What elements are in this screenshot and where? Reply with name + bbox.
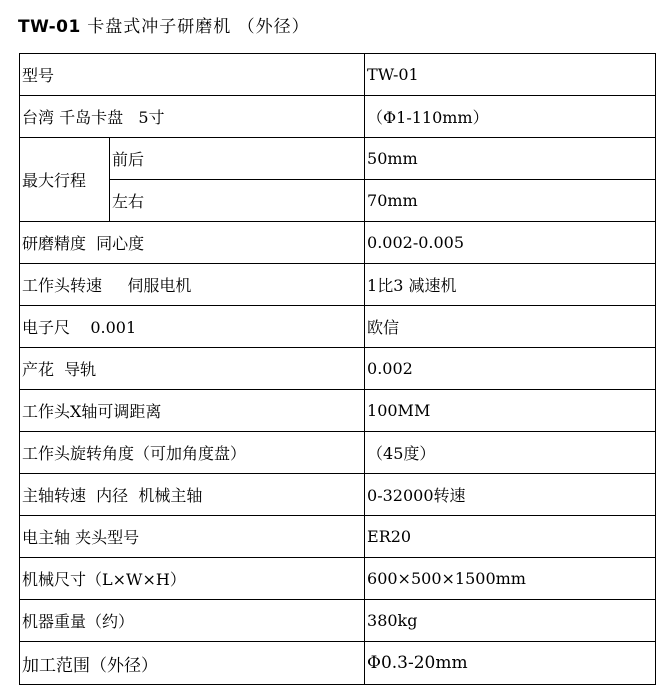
table-row: 型号 TW-01 <box>20 54 656 96</box>
spec-value: 0-32000转速 <box>365 474 656 516</box>
spec-value: 100MM <box>365 390 656 432</box>
table-row: 左右 70mm <box>20 180 656 222</box>
spec-value: 欧信 <box>365 306 656 348</box>
spec-sublabel: 左右 <box>110 180 365 222</box>
title-model: TW-01 <box>18 17 81 37</box>
spec-label: 型号 <box>20 54 365 96</box>
document-title: TW-01 卡盘式冲子研磨机 （外径） <box>18 12 310 37</box>
spec-label: 机器重量（约） <box>20 600 365 642</box>
table-row: 最大行程 前后 50mm <box>20 138 656 180</box>
spec-label: 主轴转速 内径 机械主轴 <box>20 474 365 516</box>
spec-label: 工作头旋转角度（可加角度盘） <box>20 432 365 474</box>
spec-value: （45度） <box>365 432 656 474</box>
table-row: 产花 导轨 0.002 <box>20 348 656 390</box>
table-row: 工作头转速 伺服电机 1比3 减速机 <box>20 264 656 306</box>
table-row: 台湾 千岛卡盘 5寸 （Φ1-110mm） <box>20 96 656 138</box>
spec-label: 工作头转速 伺服电机 <box>20 264 365 306</box>
table-row: 主轴转速 内径 机械主轴 0-32000转速 <box>20 474 656 516</box>
spec-label: 研磨精度 同心度 <box>20 222 365 264</box>
table-row: 工作头旋转角度（可加角度盘） （45度） <box>20 432 656 474</box>
spec-label: 电子尺 0.001 <box>20 306 365 348</box>
spec-table: 型号 TW-01 台湾 千岛卡盘 5寸 （Φ1-110mm） 最大行程 前后 5… <box>19 53 656 685</box>
spec-value: 380kg <box>365 600 656 642</box>
table-row: 机器重量（约） 380kg <box>20 600 656 642</box>
spec-value: TW-01 <box>365 54 656 96</box>
spec-label-group: 最大行程 <box>20 138 110 222</box>
spec-value: （Φ1-110mm） <box>365 96 656 138</box>
spec-value: 70mm <box>365 180 656 222</box>
table-row: 电子尺 0.001 欧信 <box>20 306 656 348</box>
table-row: 电主轴 夹头型号 ER20 <box>20 516 656 558</box>
spec-label: 加工范围（外径） <box>20 642 365 685</box>
table-row: 研磨精度 同心度 0.002-0.005 <box>20 222 656 264</box>
spec-value: 1比3 减速机 <box>365 264 656 306</box>
spec-value: 600×500×1500mm <box>365 558 656 600</box>
table-row: 工作头X轴可调距离 100MM <box>20 390 656 432</box>
spec-value: 0.002 <box>365 348 656 390</box>
spec-sublabel: 前后 <box>110 138 365 180</box>
spec-value: 0.002-0.005 <box>365 222 656 264</box>
spec-label: 台湾 千岛卡盘 5寸 <box>20 96 365 138</box>
table-row: 机械尺寸（L×W×H） 600×500×1500mm <box>20 558 656 600</box>
spec-value: ER20 <box>365 516 656 558</box>
spec-label: 机械尺寸（L×W×H） <box>20 558 365 600</box>
title-name: 卡盘式冲子研磨机 （外径） <box>87 17 309 37</box>
table-row: 加工范围（外径） Φ0.3-20mm <box>20 642 656 685</box>
spec-label: 产花 导轨 <box>20 348 365 390</box>
spec-value: 50mm <box>365 138 656 180</box>
spec-label: 工作头X轴可调距离 <box>20 390 365 432</box>
spec-value: Φ0.3-20mm <box>365 642 656 685</box>
spec-label: 电主轴 夹头型号 <box>20 516 365 558</box>
